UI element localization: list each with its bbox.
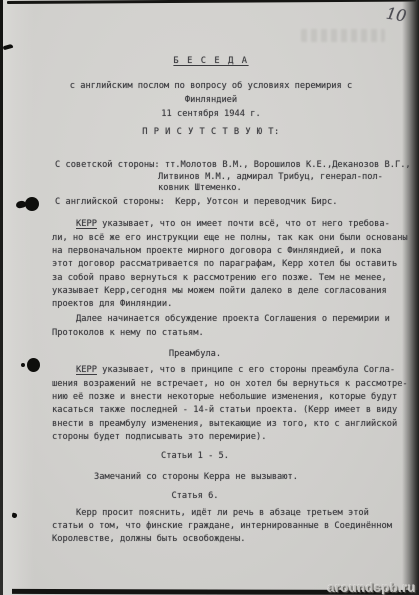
article-6-heading: Статья 6. xyxy=(19,492,371,501)
scan-edge-right xyxy=(402,0,419,595)
paragraph-1-line-4: этот договор рассматривается по параграф… xyxy=(52,260,397,269)
paragraph-4-line-2: статьи о том, что финские граждане, инте… xyxy=(52,522,392,531)
doc-title-text: Б Е С Е Д А xyxy=(173,56,248,66)
doc-subtitle-line-1: с английским послом по вопросу об услови… xyxy=(35,82,387,91)
present-heading: П Р И С У Т С Т В У Ю Т: xyxy=(35,128,387,137)
speaker-name: КЕРР xyxy=(76,365,97,375)
paragraph-1-line-7: проектов для Финляндии. xyxy=(52,300,172,309)
paragraph-3-line-1: КЕРР указывает, что в принципе с его сто… xyxy=(76,366,395,375)
scanned-document-page: 10 Б Е С Е Д А с английским послом по во… xyxy=(0,0,419,595)
paragraph-3-line-6: стороны будет подписывать это перемирие)… xyxy=(52,433,266,442)
paragraph-3-line-5: внести в преамбулу изменения, вытекающие… xyxy=(52,420,397,429)
preamble-heading: Преамбула. xyxy=(19,350,371,359)
ink-blot-icon xyxy=(12,513,18,519)
speaker-name: КЕРР xyxy=(76,219,97,229)
watermark: aroundspb.ru xyxy=(327,581,416,594)
paragraph-2-line-2: Протоколов к нему по статьям. xyxy=(52,329,204,338)
scan-edge-left xyxy=(0,0,3,595)
paragraph-3-line-4: касаться также последней - 14-й статьи п… xyxy=(52,406,397,415)
paragraph-text: указывает, что он имеет почти всё, что о… xyxy=(97,219,390,229)
scan-edge-top xyxy=(7,0,416,4)
ink-blot-icon xyxy=(3,44,14,51)
ink-blot-icon xyxy=(21,363,25,367)
paragraph-1-line-2: ли, но всё же его инструкции еще не полн… xyxy=(52,234,408,243)
paragraph-4-line-1: Керр просит пояснить, идёт ли речь в абз… xyxy=(76,509,369,518)
paragraph-3-line-3: нию её позже и внести некоторые небольши… xyxy=(52,393,397,402)
paragraph-1-line-3: на первоначальном проекте мирного догово… xyxy=(52,247,382,256)
paragraph-2-line-1: Далее начинается обсуждение проекта Согл… xyxy=(76,315,390,324)
doc-date: 11 сентября 1944 г. xyxy=(35,110,387,119)
paragraph-1-line-1: КЕРР указывает, что он имеет почти всё, … xyxy=(76,220,390,229)
handwritten-page-number: 10 xyxy=(385,6,408,25)
articles-1-5-heading: Статьи 1 - 5. xyxy=(19,452,371,461)
paragraph-4-line-3: Королевстве, должны быть освобождены. xyxy=(52,535,246,544)
ink-blot-icon xyxy=(15,200,26,209)
doc-title: Б Е С Е Д А xyxy=(35,57,387,66)
articles-1-5-note: Замечаний со стороны Керра не вызывают. xyxy=(94,473,298,482)
paragraph-text: указывает, что в принципе с его стороны … xyxy=(97,365,395,375)
ink-blot-icon xyxy=(27,358,40,372)
ink-blot-icon xyxy=(25,197,39,211)
attendees-soviet-line-1: С советской стороны: тт.Молотов В.М., Во… xyxy=(55,161,411,170)
attendees-english-line: С английской стороны: Керр, Уотсон и пер… xyxy=(55,198,337,207)
attendees-soviet-line-2: Литвинов М.М., адмирал Трибуц, генерал-п… xyxy=(158,173,383,182)
doc-subtitle-line-2: Финляндией xyxy=(35,96,387,105)
attendees-soviet-line-3: ковник Штеменко. xyxy=(158,184,242,193)
paragraph-3-line-2: шения возражений не встречает, но он хот… xyxy=(52,380,408,389)
paragraph-1-line-5: за собой право вернуться к рассмотрению … xyxy=(52,274,387,283)
faint-stamp-icon xyxy=(301,29,385,42)
paragraph-1-line-6: указывает Керр,сегодня мы можем пойти да… xyxy=(52,287,387,296)
